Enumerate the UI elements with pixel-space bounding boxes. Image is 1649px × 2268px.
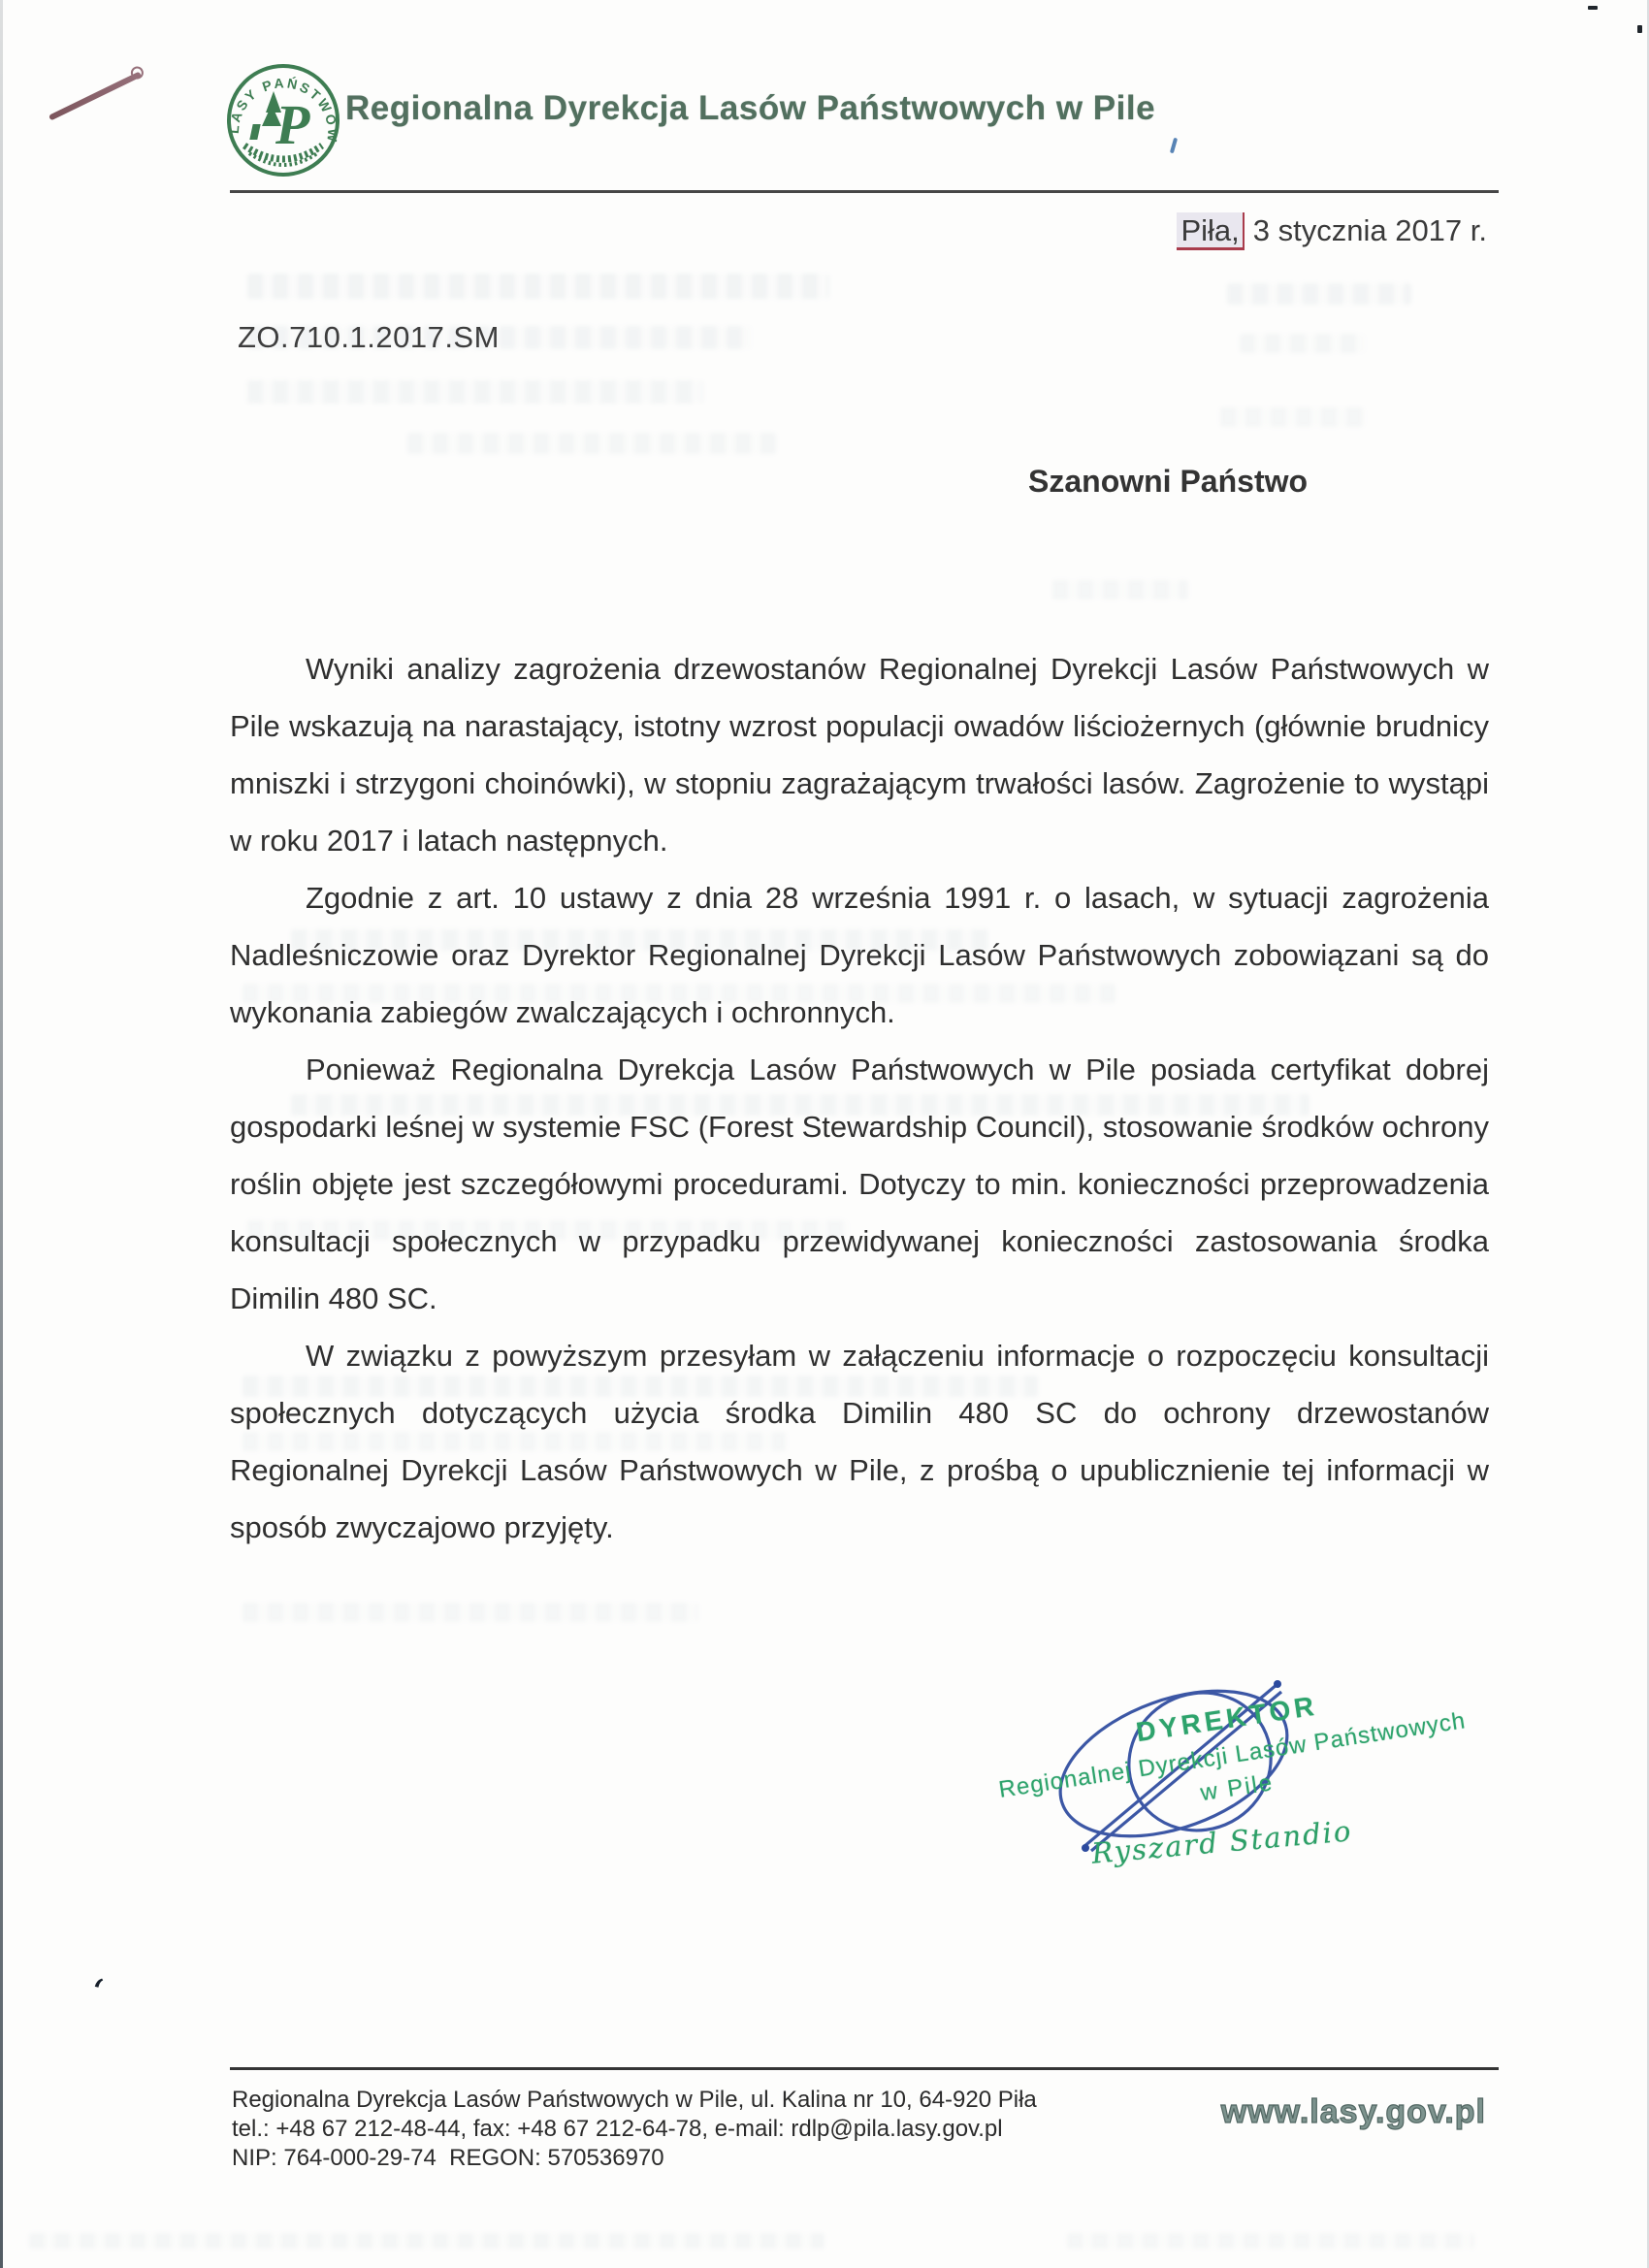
footer-block: Regionalna Dyrekcja Lasów Państwowych w …: [232, 2086, 1037, 2173]
logo-monogram: P: [275, 93, 310, 156]
bleedthrough-artifact: [242, 1603, 698, 1622]
ink-mark-icon: ʻ: [84, 1970, 107, 2017]
bleedthrough-artifact: [247, 274, 829, 299]
bleedthrough-artifact: [1052, 580, 1188, 599]
paragraph-4: W związku z powyższym przesyłam w załącz…: [230, 1327, 1489, 1556]
scanned-letter-page: LASY PAŃSTWOWE P Regionalna Dyrekcja Las…: [0, 0, 1649, 2268]
org-title: Regionalna Dyrekcja Lasów Państwowych w …: [345, 89, 1509, 128]
footer-address: Regionalna Dyrekcja Lasów Państwowych w …: [232, 2086, 1037, 2115]
date-place-highlight: Piła,: [1177, 212, 1244, 250]
paragraph-2: Zgodnie z art. 10 ustawy z dnia 28 wrześ…: [230, 869, 1489, 1041]
footer-website: www.lasy.gov.pl: [1221, 2093, 1486, 2131]
footer-contact: tel.: +48 67 212-48-44, fax: +48 67 212-…: [232, 2115, 1037, 2144]
bleedthrough-artifact: [247, 380, 703, 404]
letter-body: Wyniki analizy zagrożenia drzewostanów R…: [230, 640, 1489, 1556]
paragraph-3: Ponieważ Regionalna Dyrekcja Lasów Państ…: [230, 1041, 1489, 1327]
state-forests-logo-icon: LASY PAŃSTWOWE P: [219, 54, 347, 193]
bleedthrough-artifact: [29, 2233, 824, 2249]
pen-stroke-icon: [48, 72, 142, 121]
footer-rule: [230, 2067, 1499, 2070]
bleedthrough-artifact: [1067, 2233, 1474, 2249]
reference-number: ZO.710.1.2017.SM: [238, 320, 500, 355]
paragraph-1: Wyniki analizy zagrożenia drzewostanów R…: [230, 640, 1489, 869]
bleedthrough-artifact: [1220, 407, 1366, 427]
bleedthrough-artifact: [1227, 283, 1411, 305]
bleedthrough-artifact: [1240, 334, 1366, 353]
date-text: 3 stycznia 2017 r.: [1253, 213, 1487, 247]
salutation: Szanowni Państwo: [1028, 464, 1308, 500]
header-rule: [230, 190, 1499, 193]
scan-speck: [1637, 25, 1642, 33]
footer-ids: NIP: 764-000-29-74 REGON: 570536970: [232, 2144, 1037, 2173]
scan-edge-left: [0, 0, 3, 2268]
dateline: Piła,3 stycznia 2017 r.: [1177, 213, 1487, 248]
pen-tick-icon: [1170, 138, 1178, 153]
scan-speck: [1588, 6, 1598, 10]
bleedthrough-artifact: [407, 433, 776, 454]
